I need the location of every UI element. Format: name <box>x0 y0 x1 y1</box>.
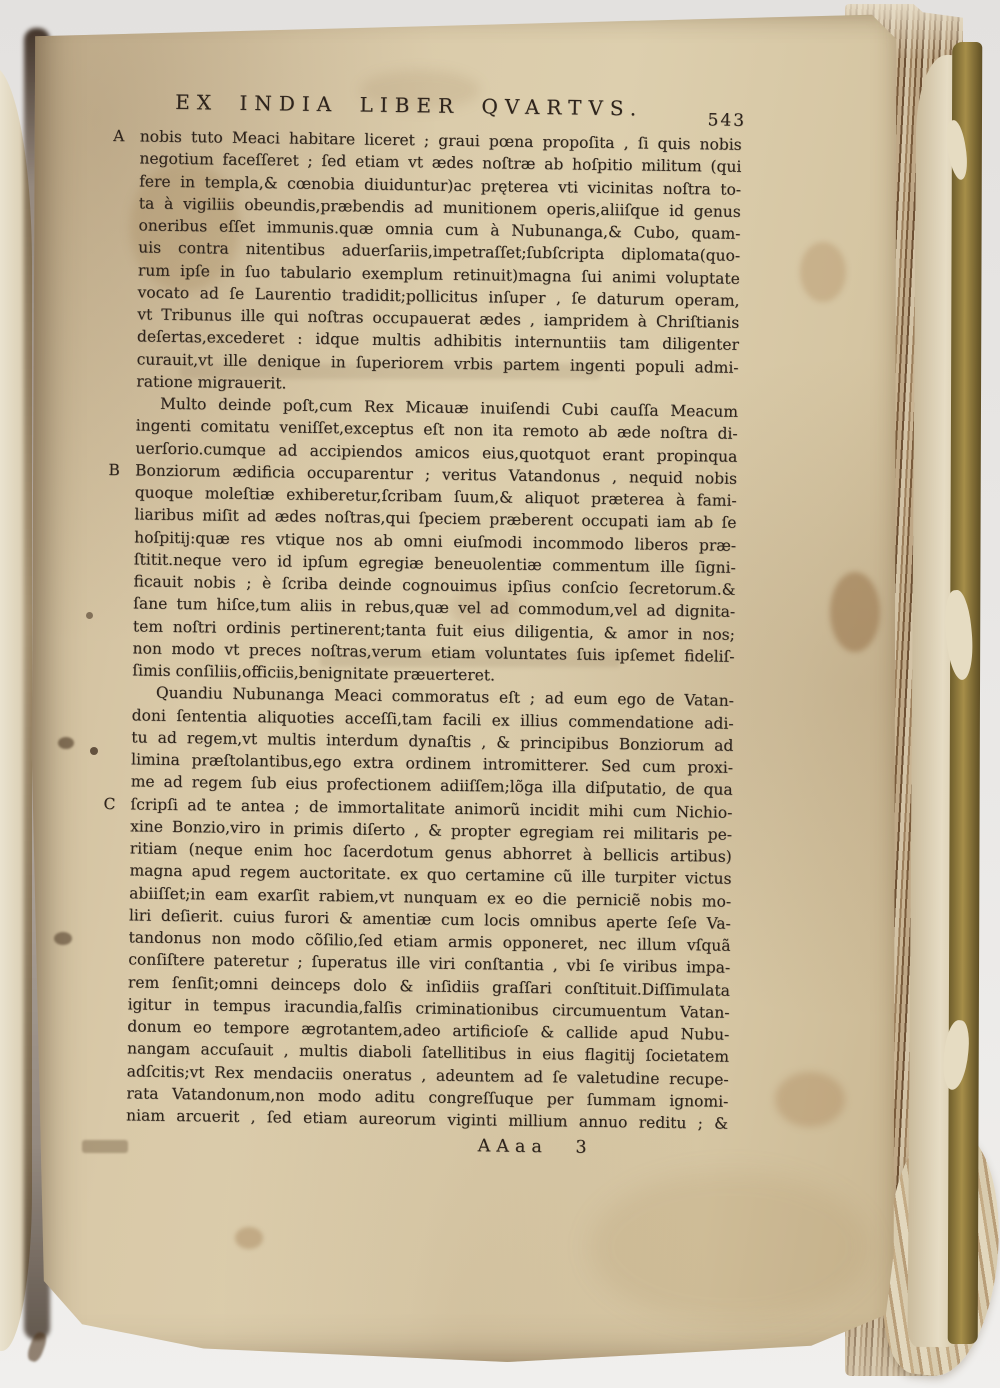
margin-letter: A <box>106 125 132 148</box>
page-content: EX INDIA LIBER QVARTVS. 543 nobis tuto M… <box>19 6 906 1368</box>
margin-letter: C <box>96 792 122 815</box>
running-header: EX INDIA LIBER QVARTVS. 543 <box>140 89 742 127</box>
page-title: EX INDIA LIBER QVARTVS. <box>140 89 678 121</box>
signature-mark: AAaa 3 <box>478 1136 593 1158</box>
photo-background: EX INDIA LIBER QVARTVS. 543 nobis tuto M… <box>0 0 1000 1388</box>
page-number: 543 <box>707 110 746 131</box>
text-column: nobis tuto Meaci habitare liceret ; grau… <box>126 125 742 1135</box>
book-page: EX INDIA LIBER QVARTVS. 543 nobis tuto M… <box>30 12 898 1362</box>
margin-letter: B <box>101 459 127 482</box>
book-cover-edge <box>948 42 983 1344</box>
